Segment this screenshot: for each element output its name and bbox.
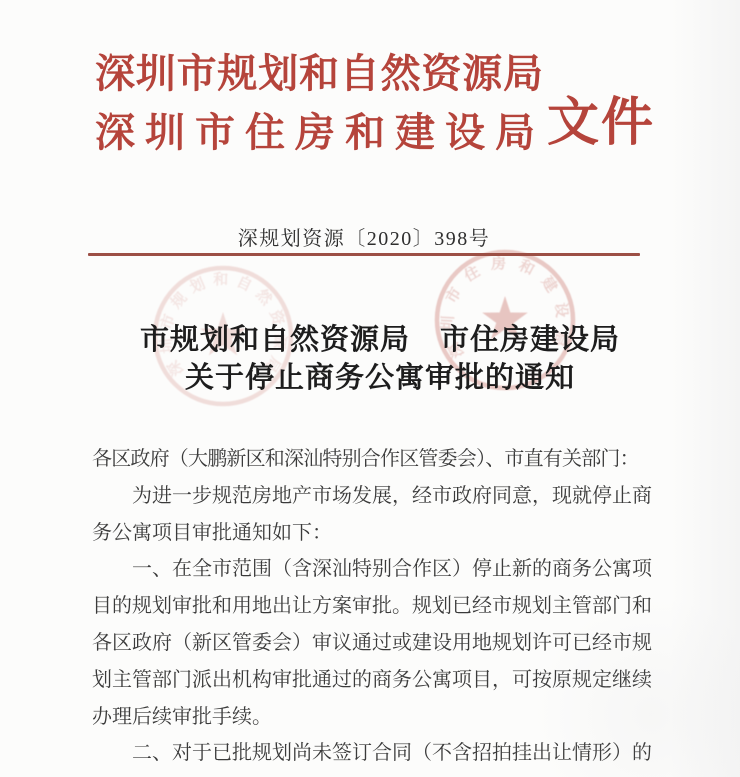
body-paragraph: 为进一步规范房地产市场发展，经市政府同意，现就停止商务公寓项目审批通知如下： [92, 478, 652, 552]
red-separator-rule [88, 253, 640, 256]
document-body: 各区政府（大鹏新区和深汕特别合作区管委会）、市直有关部门： 为进一步规范房地产市… [92, 441, 652, 772]
document-type-label: 文件 [547, 80, 655, 155]
letterhead: 深圳市规划和自然资源局 深圳市住房和建设局 文件 [95, 52, 655, 156]
document-page: 深圳市规划和自然资源局 深圳市住房和建设局 深圳市规划和自然资源局 深圳市住房和… [0, 0, 740, 777]
document-number: 深规划资源〔2020〕398号 [88, 222, 640, 251]
title-line2: 关于停止商务公寓审批的通知 [100, 359, 660, 397]
body-paragraph: 一、在全市范围（含深汕特别合作区）停止新的商务公寓项目的规划审批和用地出让方案审… [92, 551, 652, 735]
body-paragraph: 二、对于已批规划尚未签订合同（不含招拍挂出让情形）的 [92, 735, 652, 772]
title-line1: 市规划和自然资源局 市住房建设局 [100, 321, 660, 359]
document-title: 市规划和自然资源局 市住房建设局 关于停止商务公寓审批的通知 [100, 321, 660, 397]
salutation: 各区政府（大鹏新区和深汕特别合作区管委会）、市直有关部门： [92, 441, 652, 478]
